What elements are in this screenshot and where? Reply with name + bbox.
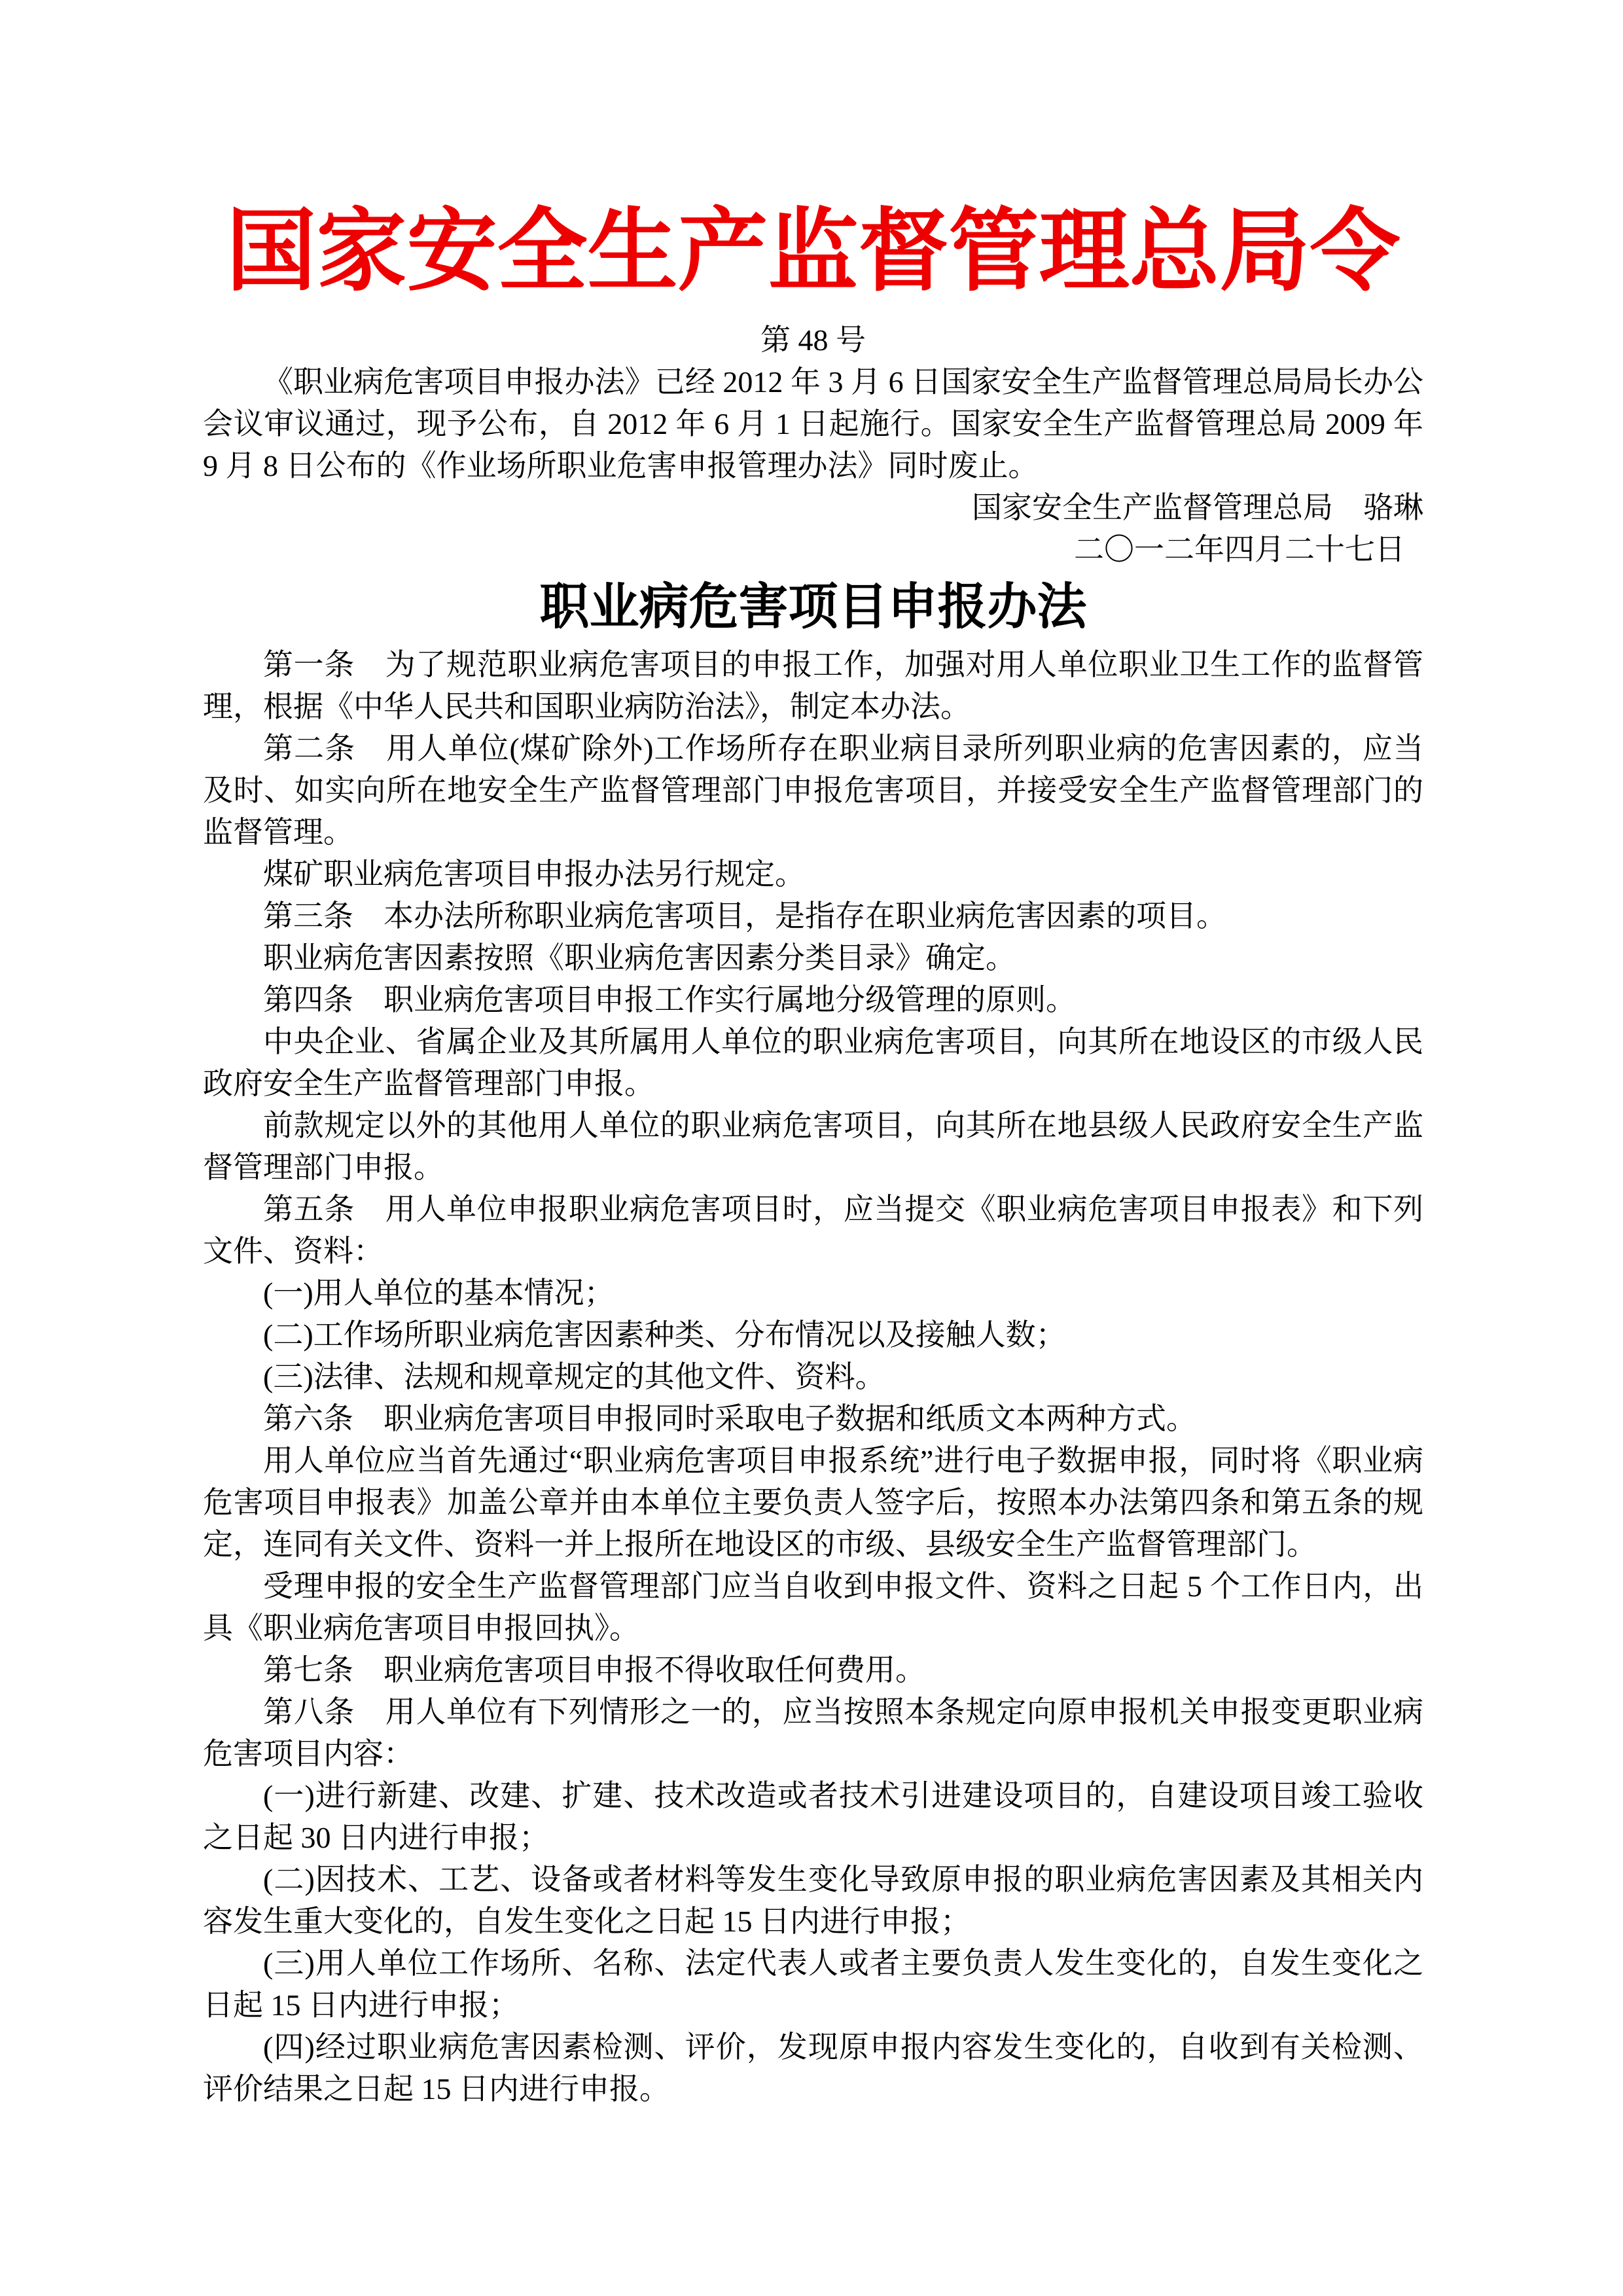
regulation-paragraph: (一)用人单位的基本情况； <box>203 1272 1423 1314</box>
regulation-paragraph: 煤矿职业病危害项目申报办法另行规定。 <box>203 853 1423 895</box>
regulation-paragraph: (一)进行新建、改建、扩建、技术改造或者技术引进建设项目的，自建设项目竣工验收之… <box>203 1775 1423 1859</box>
preamble-paragraph: 《职业病危害项目申报办法》已经 2012 年 3 月 6 日国家安全生产监督管理… <box>203 361 1423 487</box>
regulation-paragraph: (二)工作场所职业病危害因素种类、分布情况以及接触人数； <box>203 1314 1423 1356</box>
regulation-paragraph: 第二条 用人单位(煤矿除外)工作场所存在职业病目录所列职业病的危害因素的，应当及… <box>203 728 1423 853</box>
document-title: 国家安全生产监督管理总局令 <box>203 203 1423 301</box>
regulation-paragraph: (二)因技术、工艺、设备或者材料等发生变化导致原申报的职业病危害因素及其相关内容… <box>203 1859 1423 1943</box>
regulation-paragraph: 受理申报的安全生产监督管理部门应当自收到申报文件、资料之日起 5 个工作日内，出… <box>203 1566 1423 1649</box>
regulation-paragraph: 用人单位应当首先通过“职业病危害项目申报系统”进行电子数据申报，同时将《职业病危… <box>203 1440 1423 1566</box>
regulation-paragraph: 第三条 本办法所称职业病危害项目，是指存在职业病危害因素的项目。 <box>203 895 1423 937</box>
regulation-paragraph: 第四条 职业病危害项目申报工作实行属地分级管理的原则。 <box>203 979 1423 1021</box>
regulation-paragraph: 第五条 用人单位申报职业病危害项目时，应当提交《职业病危害项目申报表》和下列文件… <box>203 1189 1423 1272</box>
signature-line: 国家安全生产监督管理总局 骆琳 <box>203 487 1423 529</box>
document-page: 国家安全生产监督管理总局令 第 48 号 《职业病危害项目申报办法》已经 201… <box>0 0 1623 2296</box>
regulation-paragraph: (三)法律、法规和规章规定的其他文件、资料。 <box>203 1356 1423 1398</box>
regulation-heading: 职业病危害项目申报办法 <box>203 571 1423 644</box>
regulation-paragraph: 第八条 用人单位有下列情形之一的，应当按照本条规定向原申报机关申报变更职业病危害… <box>203 1691 1423 1775</box>
regulation-paragraph: 第六条 职业病危害项目申报同时采取电子数据和纸质文本两种方式。 <box>203 1398 1423 1440</box>
regulation-paragraph: 第七条 职业病危害项目申报不得收取任何费用。 <box>203 1649 1423 1691</box>
order-number: 第 48 号 <box>203 319 1423 361</box>
regulation-paragraph: 职业病危害因素按照《职业病危害因素分类目录》确定。 <box>203 937 1423 979</box>
regulation-paragraph: 中央企业、省属企业及其所属用人单位的职业病危害项目，向其所在地设区的市级人民政府… <box>203 1021 1423 1105</box>
regulation-paragraph: 第一条 为了规范职业病危害项目的申报工作，加强对用人单位职业卫生工作的监督管理，… <box>203 644 1423 728</box>
date-line: 二〇一二年四月二十七日 <box>203 529 1423 571</box>
regulation-paragraph: (四)经过职业病危害因素检测、评价，发现原申报内容发生变化的，自收到有关检测、评… <box>203 2026 1423 2110</box>
regulation-paragraph: 前款规定以外的其他用人单位的职业病危害项目，向其所在地县级人民政府安全生产监督管… <box>203 1105 1423 1189</box>
regulation-paragraph: (三)用人单位工作场所、名称、法定代表人或者主要负责人发生变化的，自发生变化之日… <box>203 1943 1423 2026</box>
